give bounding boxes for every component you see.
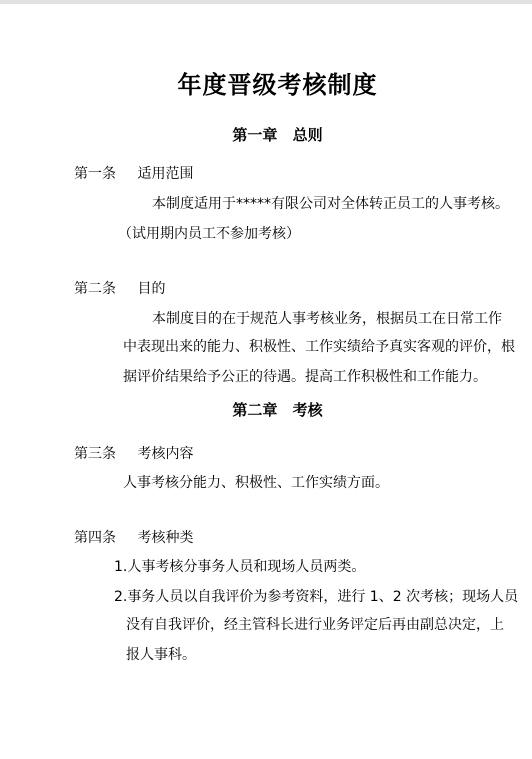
article-2-subject: 目的	[137, 281, 165, 297]
paragraph-line: 据评价结果给予公正的待遇。提高工作积极性和工作能力。	[123, 369, 487, 386]
list-item-line: 没有自我评价，经主管科长进行业务评定后再由副总决定，上	[126, 617, 504, 634]
document-page: 年度晋级考核制度 第一章 总则 第一条 适用范围 本制度适用于*****有限公司…	[0, 0, 532, 759]
article-3-number: 第三条	[74, 446, 116, 462]
article-2-number: 第二条	[74, 281, 116, 297]
paragraph-line: 本制度目的在于规范人事考核业务，根据员工在日常工作	[152, 311, 502, 328]
article-1-heading: 第一条 适用范围	[74, 166, 193, 183]
chapter-1-number: 第一章	[232, 126, 277, 144]
article-4-number: 第四条	[74, 530, 116, 546]
document-title: 年度晋级考核制度	[72, 68, 483, 102]
chapter-2-heading: 第二章 考核	[72, 401, 483, 420]
article-2-heading: 第二条 目的	[74, 281, 165, 298]
article-4-subject: 考核种类	[137, 530, 193, 546]
chapter-2-number: 第二章	[232, 401, 277, 419]
article-1-number: 第一条	[74, 166, 116, 182]
article-1-subject: 适用范围	[137, 166, 193, 182]
list-item-line: 1.人事考核分事务人员和现场人员两类。	[114, 559, 365, 576]
chapter-1-title: 总则	[293, 126, 323, 144]
list-item-line: 报人事科。	[126, 647, 196, 664]
paragraph-line: 本制度适用于*****有限公司对全体转正员工的人事考核。	[152, 196, 509, 213]
article-4-heading: 第四条 考核种类	[74, 530, 193, 547]
list-item-line: 2.事务人员以自我评价为参考资料，进行 1、2 次考核；现场人员	[114, 589, 518, 606]
chapter-1-heading: 第一章 总则	[72, 126, 483, 145]
paragraph-line: （试用期内员工不参加考核）	[118, 226, 300, 243]
top-edge-bar	[0, 0, 532, 4]
paragraph-line: 中表现出来的能力、积极性、工作实绩给予真实客观的评价，根	[123, 339, 515, 356]
article-3-heading: 第三条 考核内容	[74, 446, 193, 463]
article-3-subject: 考核内容	[137, 446, 193, 462]
chapter-2-title: 考核	[293, 401, 323, 419]
paragraph-line: 人事考核分能力、积极性、工作实绩方面。	[123, 475, 389, 492]
